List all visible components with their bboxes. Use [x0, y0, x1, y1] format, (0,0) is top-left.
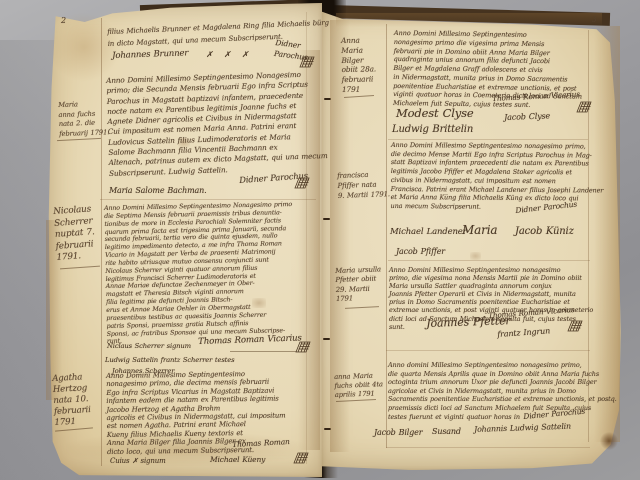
notary-paraph-icon: [295, 341, 311, 353]
margin-note-maria-ursulla: Maria ursulla Pfetter obiit 29. Martii 1…: [335, 265, 382, 304]
right-margin-rule: [386, 24, 387, 448]
manuscript-scan: 2 filius Michaelis Brunner et Magdalena …: [0, 0, 640, 480]
witness-mark-signature: Cuius ✗ signum: [110, 457, 166, 465]
witness-signature: Jacob Clyse: [504, 111, 550, 122]
notary-paraph-icon: [576, 101, 592, 113]
page-number-left: 2: [61, 16, 66, 25]
entry-separator: [388, 260, 590, 261]
margin-note-anna-maria-fuchs: anna Maria fuchs obiit 4ta aprilis 1791: [334, 371, 383, 400]
notary-paraph-icon: [293, 452, 309, 464]
notary-paraph-icon: [294, 177, 310, 189]
witness-signature: Modest Clyse: [396, 106, 474, 120]
witness-signature: Maria Salome Bachman.: [109, 186, 207, 195]
father-signature: Jacob Pfiffer: [396, 247, 445, 256]
entry-separator: [388, 139, 588, 140]
entry-separator: [100, 199, 316, 200]
margin-note-nicolaus-scherrer: Nicolaus Scherrer nuptat 7. februarii 17…: [53, 204, 97, 264]
witness-signature: Ludwig Sattelin frantz Scherrer testes: [105, 356, 234, 364]
margin-note-maria-anna-fuchs: Maria anna fuchs nata 2. die februarij 1…: [58, 99, 109, 139]
binding-stitch: [324, 428, 331, 430]
entry-body-baptism-fuchs: Anno Domini Millesimo Septingentesimo No…: [106, 69, 328, 179]
notary-paraph-icon: [567, 320, 583, 332]
margin-note-francisca-pfiffer: francisca Pfiffer nata 9. Martii 1791.: [337, 169, 390, 201]
page-number-right: 3: [592, 16, 596, 24]
entry-body-marriage-scherrer: Anno Domini Millesimo Septingentesimo No…: [104, 201, 295, 346]
godmother-signature: Maria: [462, 223, 497, 237]
entry-separator: [386, 447, 590, 448]
binding-stitch: [323, 218, 330, 220]
witness-marks: ✗ ✗ ✗: [206, 50, 252, 59]
entry-separator: [386, 350, 590, 351]
notary-paraph-icon: [299, 56, 315, 68]
witness-signature: Michael Küeny: [210, 455, 265, 464]
witness-signature: Susand: [432, 427, 461, 436]
margin-note-anna-maria-bilger: Anna Maria Bilger obiit 28a. februarii 1…: [341, 35, 377, 94]
margin-note-agatha-hertzog: Agatha Hertzog nata 10. februarii 1791: [52, 372, 92, 429]
left-margin-rule: [101, 18, 102, 466]
pen-flourish: [230, 351, 296, 352]
witness-signature: Jacob Bilger: [374, 428, 422, 437]
witness-signature: Jacob Küniz: [515, 226, 574, 237]
witness-signature: Ludwig Brittelin: [392, 124, 473, 135]
groom-signature: Niclaus Scherrer signum: [107, 342, 191, 350]
binding-stitch: [323, 338, 330, 340]
godfather-signature: Michael Landener: [390, 227, 467, 237]
